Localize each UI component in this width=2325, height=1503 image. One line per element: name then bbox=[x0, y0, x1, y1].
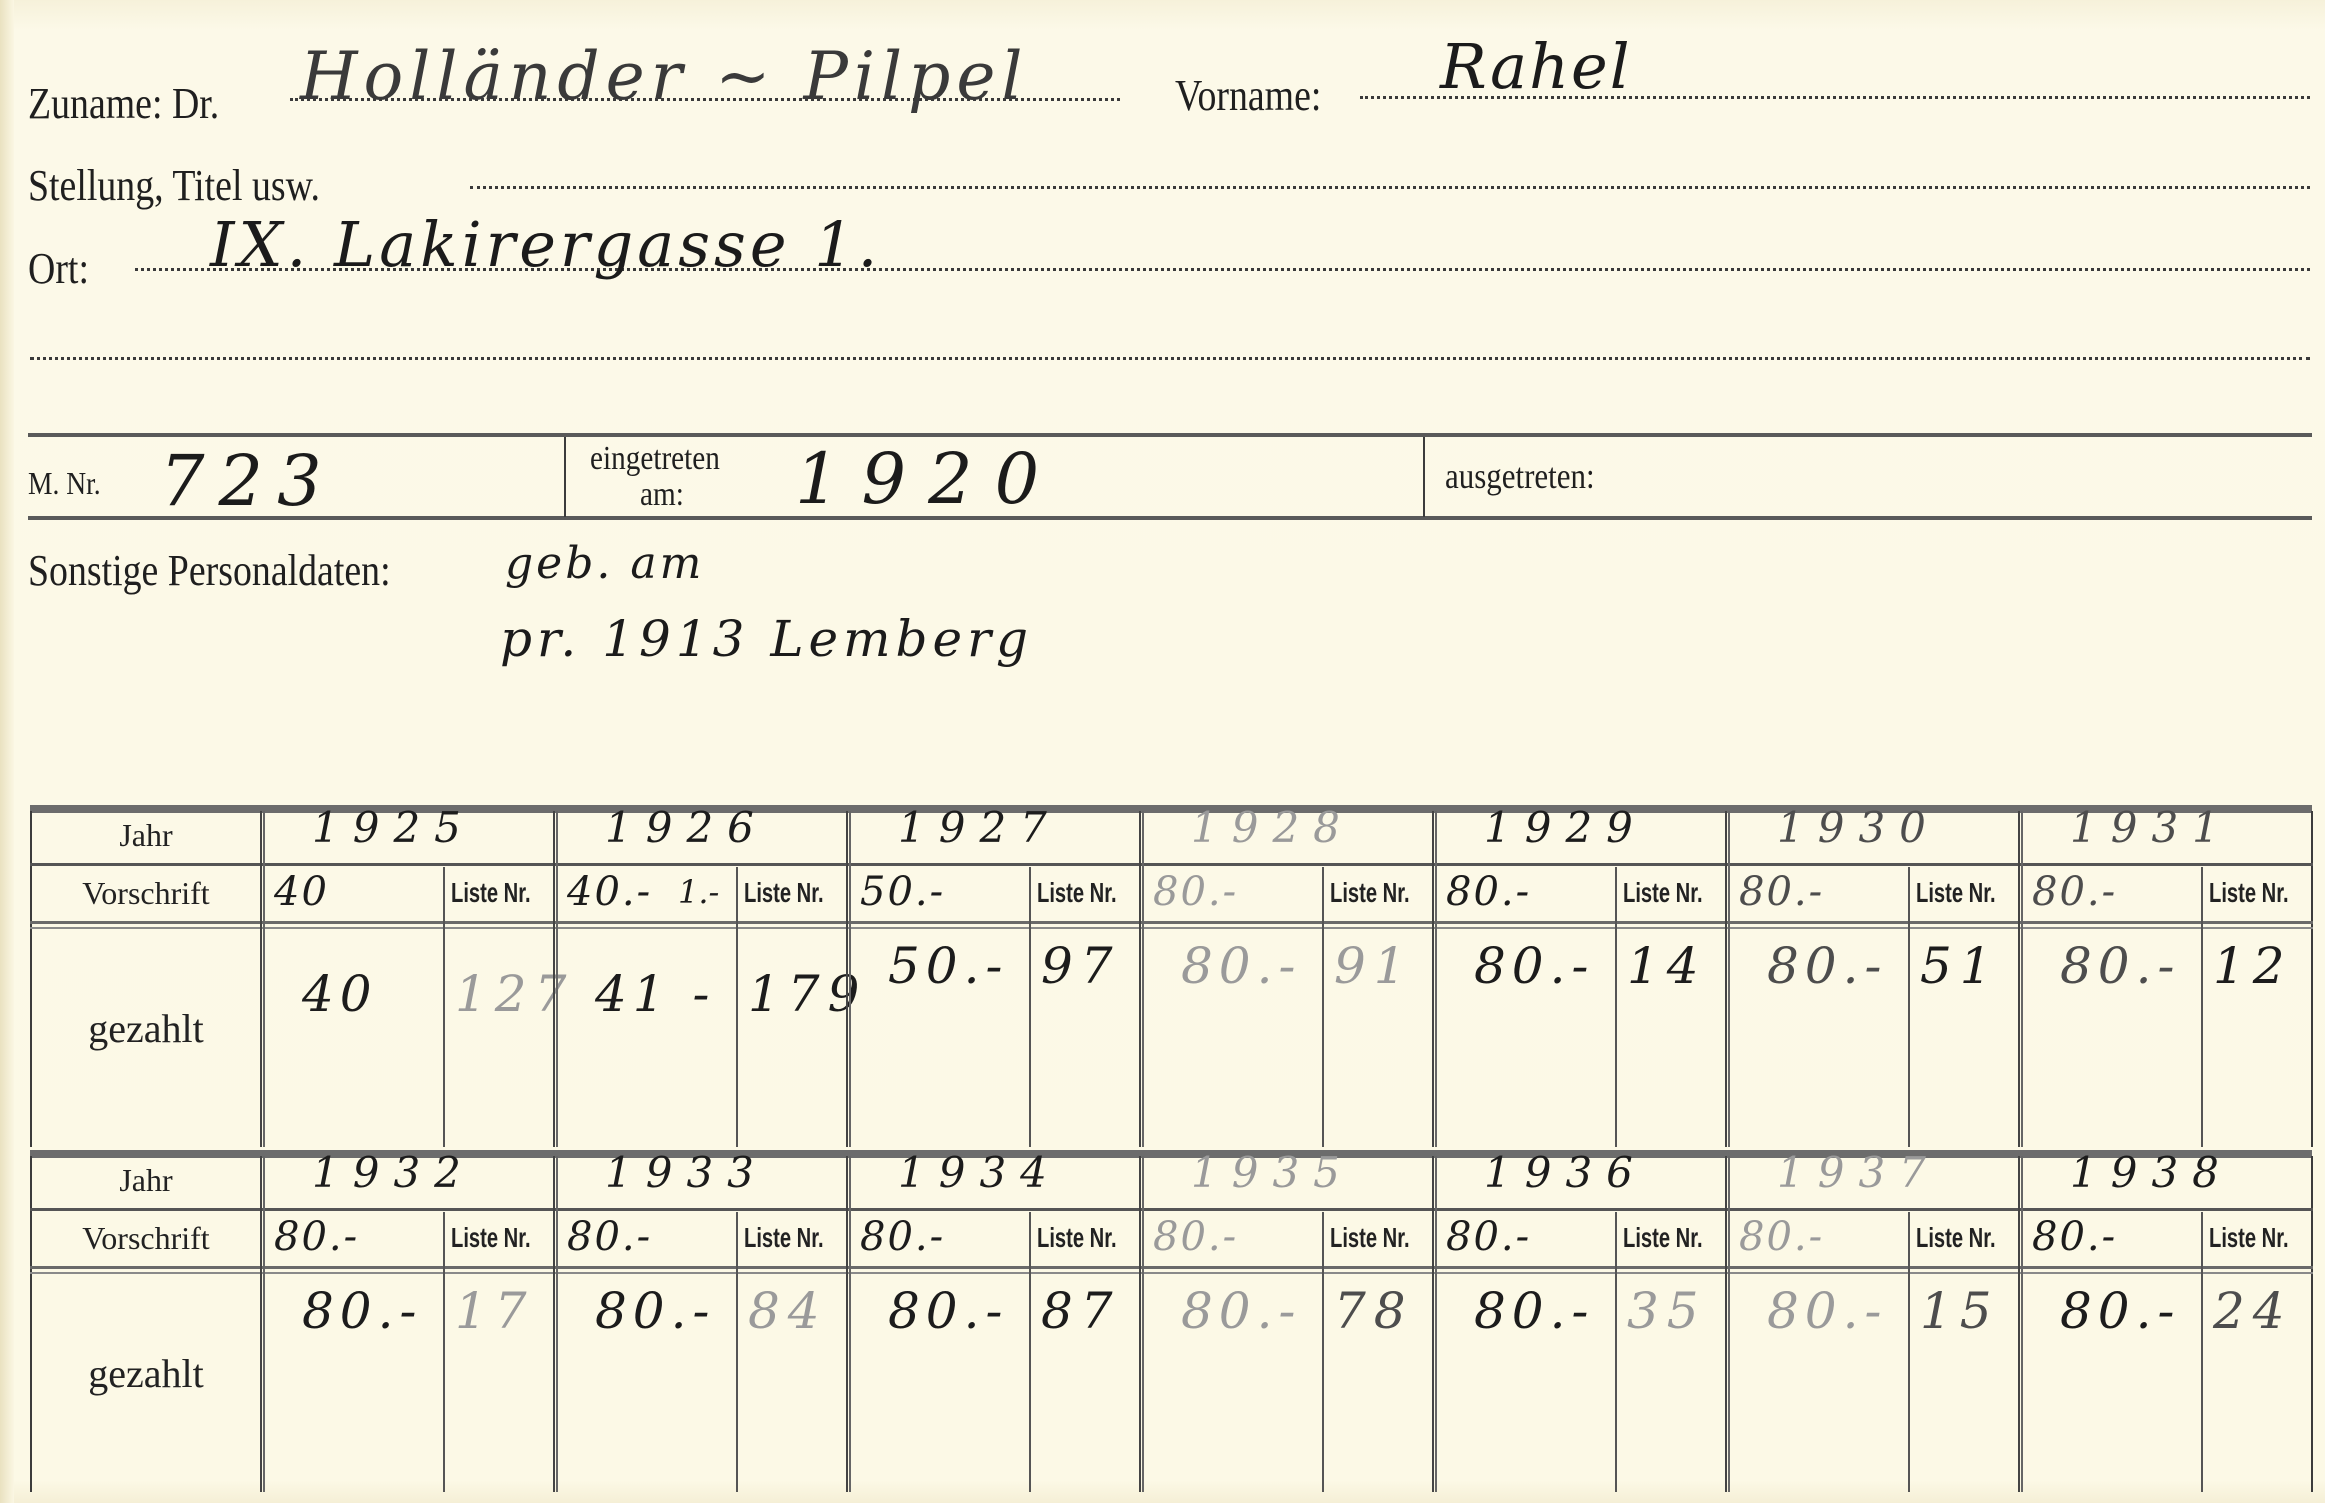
year-column-separator bbox=[846, 811, 851, 1147]
liste-column-separator bbox=[1615, 867, 1617, 1147]
gezahlt-1932[interactable]: 80.- bbox=[302, 1282, 422, 1340]
table-2-label-gezahlt: gezahlt bbox=[30, 1350, 262, 1397]
table-2-label-jahr: Jahr bbox=[30, 1162, 262, 1199]
vorname-label: Vorname: bbox=[1175, 70, 1321, 121]
ort-value[interactable]: IX. Lakirergasse 1. bbox=[210, 208, 881, 281]
ort-label: Ort: bbox=[28, 243, 89, 294]
gezahlt-1931[interactable]: 80.- bbox=[2060, 937, 2180, 995]
vorname-value[interactable]: Rahel bbox=[1440, 30, 1632, 103]
year-column-separator bbox=[1432, 1156, 1437, 1492]
row-label-jahr: Jahr bbox=[119, 1162, 172, 1198]
liste-nr-1928[interactable]: 91 bbox=[1334, 937, 1414, 995]
vorschrift-1934[interactable]: 80.- bbox=[860, 1214, 945, 1260]
year-column-separator bbox=[553, 1156, 558, 1492]
year-column-separator bbox=[1139, 1156, 1144, 1492]
liste-column-separator bbox=[1908, 1212, 1910, 1492]
table-2-jahr-separator bbox=[30, 1208, 2313, 1211]
liste-column-separator bbox=[1029, 867, 1031, 1147]
mnr-value[interactable]: 723 bbox=[160, 440, 336, 522]
gezahlt-1928[interactable]: 80.- bbox=[1181, 937, 1301, 995]
gezahlt-1930[interactable]: 80.- bbox=[1767, 937, 1887, 995]
table-2-left-border bbox=[30, 1156, 32, 1492]
liste-column-separator bbox=[736, 867, 738, 1147]
year-1938[interactable]: 1938 bbox=[2070, 1148, 2233, 1197]
year-column-separator bbox=[2018, 1156, 2023, 1492]
row-label-gezahlt: gezahlt bbox=[88, 1351, 204, 1396]
table-1-label-jahr: Jahr bbox=[30, 817, 262, 854]
mnr-label: M. Nr. bbox=[28, 465, 101, 502]
row-label-jahr: Jahr bbox=[119, 817, 172, 853]
year-1925[interactable]: 1925 bbox=[312, 803, 475, 852]
year-column-separator bbox=[1432, 811, 1437, 1147]
year-column-separator bbox=[846, 1156, 851, 1492]
ausgetreten-label: ausgetreten: bbox=[1445, 455, 1595, 497]
liste-nr-1938[interactable]: 24 bbox=[2213, 1282, 2293, 1340]
membership-divider-1 bbox=[564, 437, 566, 517]
year-1928[interactable]: 1928 bbox=[1191, 803, 1354, 852]
vorschrift-1930[interactable]: 80.- bbox=[1739, 869, 1824, 915]
table-2-vorschrift-separator bbox=[30, 1266, 2313, 1274]
liste-nr-1935[interactable]: 78 bbox=[1334, 1282, 1414, 1340]
personal-data-line2[interactable]: pr. 1913 Lemberg bbox=[500, 610, 1033, 668]
eingetreten-value[interactable]: 1920 bbox=[795, 438, 1061, 520]
table-2-right-border bbox=[2311, 1156, 2313, 1492]
eingetreten-label: eingetreten bbox=[590, 440, 720, 478]
vorschrift-1938[interactable]: 80.- bbox=[2032, 1214, 2117, 1260]
vorschrift-1936[interactable]: 80.- bbox=[1446, 1214, 1531, 1260]
gezahlt-1938[interactable]: 80.- bbox=[2060, 1282, 2180, 1340]
table-1-jahr-separator bbox=[30, 863, 2313, 866]
liste-column-separator bbox=[736, 1212, 738, 1492]
card-edge-shadow bbox=[0, 0, 14, 1503]
liste-nr-header: Liste Nr. bbox=[451, 1222, 531, 1254]
liste-nr-1934[interactable]: 87 bbox=[1041, 1282, 1121, 1340]
vorschrift-1927[interactable]: 50.- bbox=[860, 869, 945, 915]
year-1933[interactable]: 1933 bbox=[605, 1148, 768, 1197]
liste-column-separator bbox=[1322, 1212, 1324, 1492]
liste-column-separator bbox=[443, 1212, 445, 1492]
vorschrift-1931[interactable]: 80.- bbox=[2032, 869, 2117, 915]
liste-column-separator bbox=[443, 867, 445, 1147]
gezahlt-1937[interactable]: 80.- bbox=[1767, 1282, 1887, 1340]
year-column-separator bbox=[1725, 1156, 1730, 1492]
gezahlt-1934[interactable]: 80.- bbox=[888, 1282, 1008, 1340]
row-label-vorschrift: Vorschrift bbox=[82, 1220, 209, 1256]
table-1-left-border bbox=[30, 811, 32, 1147]
year-1926[interactable]: 1926 bbox=[605, 803, 768, 852]
liste-nr-1933[interactable]: 84 bbox=[748, 1282, 828, 1340]
membership-divider-2 bbox=[1423, 437, 1425, 517]
table-1-right-border bbox=[2311, 811, 2313, 1147]
liste-column-separator bbox=[1615, 1212, 1617, 1492]
gezahlt-1936[interactable]: 80.- bbox=[1474, 1282, 1594, 1340]
vorschrift-1925[interactable]: 40 bbox=[274, 869, 329, 915]
liste-nr-1937[interactable]: 15 bbox=[1920, 1282, 2000, 1340]
zuname-label: Zuname: Dr. bbox=[28, 78, 219, 129]
year-column-separator bbox=[553, 811, 558, 1147]
liste-nr-1930[interactable]: 51 bbox=[1920, 937, 2000, 995]
table-1-vorschrift-separator bbox=[30, 921, 2313, 929]
year-column-separator bbox=[260, 1156, 265, 1492]
year-column-separator bbox=[2018, 811, 2023, 1147]
liste-column-separator bbox=[1908, 867, 1910, 1147]
liste-nr-1929[interactable]: 14 bbox=[1627, 937, 1707, 995]
liste-column-separator bbox=[1029, 1212, 1031, 1492]
dues-table-1: JahrVorschriftgezahlt192540Liste Nr.4012… bbox=[30, 805, 2312, 1147]
liste-nr-header: Liste Nr. bbox=[2209, 1222, 2289, 1254]
year-column-separator bbox=[1725, 811, 1730, 1147]
gezahlt-1926[interactable]: 41 - bbox=[595, 965, 715, 1023]
gezahlt-1927[interactable]: 50.- bbox=[888, 937, 1008, 995]
gezahlt-1933[interactable]: 80.- bbox=[595, 1282, 715, 1340]
liste-nr-header: Liste Nr. bbox=[1623, 1222, 1703, 1254]
liste-nr-header: Liste Nr. bbox=[744, 1222, 824, 1254]
year-1927[interactable]: 1927 bbox=[898, 803, 1061, 852]
liste-nr-header: Liste Nr. bbox=[1916, 877, 1996, 909]
table-2-label-vorschrift: Vorschrift bbox=[30, 1220, 262, 1257]
year-1937[interactable]: 1937 bbox=[1777, 1148, 1940, 1197]
liste-nr-1927[interactable]: 97 bbox=[1041, 937, 1121, 995]
liste-nr-header: Liste Nr. bbox=[2209, 877, 2289, 909]
zuname-value[interactable]: Holländer ~ Pilpel bbox=[300, 38, 1029, 115]
year-1935[interactable]: 1935 bbox=[1191, 1148, 1354, 1197]
liste-nr-1932[interactable]: 17 bbox=[455, 1282, 535, 1340]
blank-dotted-line bbox=[30, 357, 2310, 360]
liste-nr-header: Liste Nr. bbox=[1037, 1222, 1117, 1254]
table-1-label-gezahlt: gezahlt bbox=[30, 1005, 262, 1052]
row-label-vorschrift: Vorschrift bbox=[82, 875, 209, 911]
vorschrift-1932[interactable]: 80.- bbox=[274, 1214, 359, 1260]
year-1932[interactable]: 1932 bbox=[312, 1148, 475, 1197]
vorschrift-1926[interactable]: 40.- bbox=[567, 869, 652, 915]
personal-data-label: Sonstige Personaldaten: bbox=[28, 545, 391, 596]
year-1931[interactable]: 1931 bbox=[2070, 803, 2233, 852]
year-1930[interactable]: 1930 bbox=[1777, 803, 1940, 852]
vorschrift-1929[interactable]: 80.- bbox=[1446, 869, 1531, 915]
dues-table-2: JahrVorschriftgezahlt193280.-Liste Nr.80… bbox=[30, 1150, 2312, 1492]
eingetreten-label-am: am: bbox=[640, 476, 684, 514]
membership-row-top-rule bbox=[28, 433, 2312, 437]
vorschrift-1935[interactable]: 80.- bbox=[1153, 1214, 1238, 1260]
membership-card: Zuname: Dr. Holländer ~ Pilpel Vorname: … bbox=[0, 0, 2325, 1503]
liste-column-separator bbox=[2201, 1212, 2203, 1492]
year-1929[interactable]: 1929 bbox=[1484, 803, 1647, 852]
year-1936[interactable]: 1936 bbox=[1484, 1148, 1647, 1197]
liste-nr-header: Liste Nr. bbox=[1623, 877, 1703, 909]
row-label-gezahlt: gezahlt bbox=[88, 1006, 204, 1051]
liste-nr-1931[interactable]: 12 bbox=[2213, 937, 2293, 995]
vorschrift-extra-1926[interactable]: 1.- bbox=[678, 873, 719, 911]
liste-nr-header: Liste Nr. bbox=[1916, 1222, 1996, 1254]
liste-column-separator bbox=[1322, 867, 1324, 1147]
liste-column-separator bbox=[2201, 867, 2203, 1147]
vorschrift-1928[interactable]: 80.- bbox=[1153, 869, 1238, 915]
personal-data-line1[interactable]: geb. am bbox=[505, 538, 704, 589]
liste-nr-header: Liste Nr. bbox=[451, 877, 531, 909]
membership-row-bottom-rule bbox=[28, 516, 2312, 520]
gezahlt-1935[interactable]: 80.- bbox=[1181, 1282, 1301, 1340]
gezahlt-1925[interactable]: 40 bbox=[302, 965, 378, 1023]
stellung-label: Stellung, Titel usw. bbox=[28, 160, 320, 211]
liste-nr-header: Liste Nr. bbox=[744, 877, 824, 909]
stellung-dotted-line bbox=[470, 186, 2310, 189]
year-1934[interactable]: 1934 bbox=[898, 1148, 1061, 1197]
liste-nr-header: Liste Nr. bbox=[1330, 877, 1410, 909]
year-column-separator bbox=[260, 811, 265, 1147]
table-1-label-vorschrift: Vorschrift bbox=[30, 875, 262, 912]
vorschrift-1933[interactable]: 80.- bbox=[567, 1214, 652, 1260]
gezahlt-1929[interactable]: 80.- bbox=[1474, 937, 1594, 995]
liste-nr-header: Liste Nr. bbox=[1330, 1222, 1410, 1254]
year-column-separator bbox=[1139, 811, 1144, 1147]
vorschrift-1937[interactable]: 80.- bbox=[1739, 1214, 1824, 1260]
liste-nr-1936[interactable]: 35 bbox=[1627, 1282, 1707, 1340]
liste-nr-header: Liste Nr. bbox=[1037, 877, 1117, 909]
